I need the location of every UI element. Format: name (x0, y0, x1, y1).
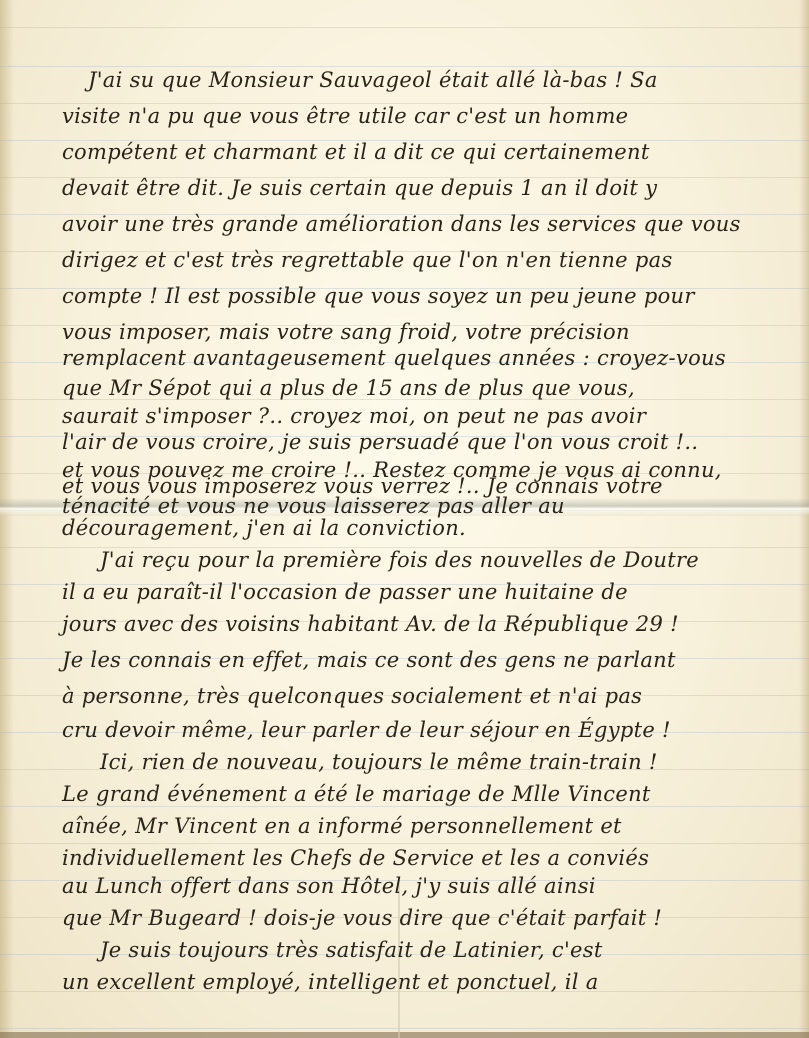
letter-line: cru devoir même, leur parler de leur séj… (62, 718, 671, 742)
letter-line: il a eu paraît-il l'occasion de passer u… (62, 580, 628, 604)
letter-line: devait être dit. Je suis certain que dep… (62, 176, 657, 200)
letter-line: vous imposer, mais votre sang froid, vot… (62, 320, 630, 344)
paper-edge-bottom (0, 1032, 809, 1038)
letter-line: que Mr Bugeard ! dois-je vous dire que c… (62, 906, 662, 930)
letter-line: dirigez et c'est très regrettable que l'… (62, 248, 673, 272)
letter-line: jours avec des voisins habitant Av. de l… (62, 612, 679, 636)
paper-edge-left (0, 0, 14, 1038)
letter-line: ténacité et vous ne vous laisserez pas a… (62, 494, 565, 518)
letter-line: Je suis toujours très satisfait de Latin… (100, 938, 603, 962)
letter-line: Je les connais en effet, mais ce sont de… (62, 648, 676, 672)
letter-line: l'air de vous croire, je suis persuadé q… (62, 430, 698, 454)
letter-line: avoir une très grande amélioration dans … (62, 212, 741, 236)
letter-line: visite n'a pu que vous être utile car c'… (62, 104, 628, 128)
paper-edge-right (799, 0, 809, 1038)
letter-line: compte ! Il est possible que vous soyez … (62, 284, 695, 308)
letter-line: J'ai reçu pour la première fois des nouv… (100, 548, 699, 572)
letter-line: Le grand événement a été le mariage de M… (62, 782, 651, 806)
letter-line: remplacent avantageusement quelques anné… (62, 346, 726, 370)
letter-line: découragement, j'en ai la conviction. (62, 516, 466, 540)
letter-line: aînée, Mr Vincent en a informé personnel… (62, 814, 622, 838)
letter-line: au Lunch offert dans son Hôtel, j'y suis… (62, 874, 596, 898)
letter-line: que Mr Sépot qui a plus de 15 ans de plu… (62, 376, 635, 400)
letter-line: Ici, rien de nouveau, toujours le même t… (100, 750, 658, 774)
letter-line: J'ai su que Monsieur Sauvageol était all… (88, 68, 768, 92)
letter-line: compétent et charmant et il a dit ce qui… (62, 140, 650, 164)
letter-line: un excellent employé, intelligent et pon… (62, 970, 599, 994)
letter-page: J'ai su que Monsieur Sauvageol était all… (0, 0, 809, 1038)
letter-line: saurait s'imposer ?.. croyez moi, on peu… (62, 404, 646, 428)
letter-line: à personne, très quelconques socialement… (62, 684, 642, 708)
letter-line: individuellement les Chefs de Service et… (62, 846, 649, 870)
